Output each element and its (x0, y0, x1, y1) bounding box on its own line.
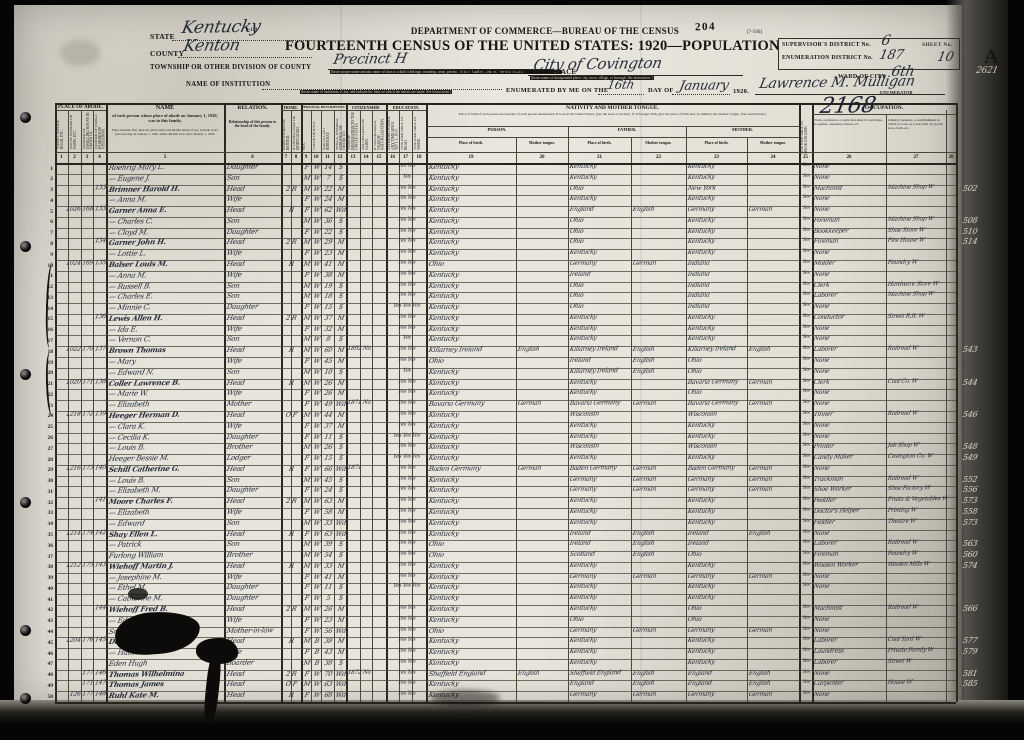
cell-mmt: German (748, 486, 800, 494)
cell-fpob: Kentucky (569, 518, 631, 526)
cell-ed: Yes Yes (387, 626, 426, 633)
cell-pob: Kentucky (428, 657, 516, 666)
cell-mpob: Ohio (687, 604, 747, 612)
cell-mmt: English (748, 529, 800, 537)
column-label-natzyr: IF NATURALIZED, YEAR OF NATURALIZATION. (374, 112, 385, 150)
cell-eng: Yes (799, 529, 813, 534)
cell-eng: Yes (799, 616, 813, 621)
cell-occ: None (813, 356, 887, 364)
cell-fpob: Ohio (569, 216, 631, 224)
cell-pob: Kentucky (428, 280, 516, 289)
cell-rel: Head (226, 529, 281, 538)
cell-ind: Railroad W (887, 475, 946, 482)
cell-occ: Laborer (813, 291, 887, 299)
cell-name: — Russell B. (108, 280, 224, 291)
department-line: DEPARTMENT OF COMMERCE—BUREAU OF THE CEN… (360, 26, 730, 36)
cell-mar: M (334, 508, 348, 516)
cell-ed: Yes Yes (387, 637, 426, 644)
cell-pob: Kentucky (428, 323, 516, 332)
cell-mar: M (334, 497, 348, 505)
ink-spot (128, 588, 148, 600)
cell-mar: S (334, 454, 348, 462)
cell-cit: 1871 (347, 464, 386, 471)
cell-fpob: Scotland (569, 550, 631, 558)
cell-mpob: Germany (687, 690, 747, 698)
cell-mar: S (334, 583, 348, 591)
cell-mpob: Kentucky (687, 313, 747, 321)
cell-name: — Cloyd M. (108, 226, 224, 237)
cell-mpob: Ohio (687, 388, 747, 396)
cell-mar: M (334, 562, 348, 570)
cell-eng: Yes (799, 465, 813, 470)
cell-rel: Daughter (226, 593, 281, 602)
cell-mmt: English (748, 669, 800, 677)
cell-mar: M (334, 314, 348, 322)
cell-mar: M (334, 389, 348, 397)
cell-mar: S (334, 368, 348, 376)
line-number: 28 (44, 457, 53, 463)
line-number: 49 (44, 683, 53, 689)
cell-mar: Wd (334, 626, 348, 634)
cell-fpob: Kentucky (569, 248, 631, 256)
cell-rel: Daughter (226, 485, 281, 494)
industry-desc: Industry, business, or establishment in … (888, 118, 944, 130)
cell-mmt: German (748, 378, 800, 386)
cell-name: — Edward (108, 517, 224, 528)
column-number: 25 (799, 155, 812, 160)
cell-ind: Private Family W (887, 647, 946, 654)
cell-mar: Wd (334, 680, 348, 688)
cell-name: — Josephine M. (108, 571, 224, 582)
margin-number: 558 (962, 506, 1008, 516)
margin-number: 579 (962, 646, 1008, 656)
cell-ed: Yes Yes (387, 518, 426, 525)
margin-number: 566 (962, 603, 1008, 613)
margin-number: 502 (962, 183, 1008, 193)
cell-occ: Foreman (813, 216, 887, 224)
cell-fpob: Ohio (569, 227, 631, 235)
cell-mpob: Ireland (687, 529, 747, 537)
scan-border-bottom (0, 700, 1024, 740)
group-place-of-abode: PLACE OF ABODE. (55, 105, 106, 110)
cell-rel: Wife (226, 507, 281, 516)
cell-eng: Yes (799, 680, 813, 685)
cell-occ: Laborer (813, 539, 887, 547)
cell-eng: Yes (799, 184, 813, 189)
line-number: 26 (44, 435, 53, 441)
cell-occ: None (813, 205, 887, 213)
place-value: City of Covington (532, 54, 664, 74)
cell-mar: M (334, 346, 348, 354)
cell-fpob: Kentucky (569, 378, 631, 386)
cell-rel: Wife (226, 356, 281, 365)
group-nativity: NATIVITY AND MOTHER TONGUE. (426, 105, 799, 111)
cell-mmt: English (748, 680, 800, 688)
column-label-mort: IF OWNED, FREE OR MORTGAGED. (293, 112, 300, 150)
cell-fpob: Wisconsin (569, 410, 631, 418)
cell-occ: None (813, 173, 887, 181)
cell-ed: Yes Yes (387, 324, 426, 331)
cell-fpob: Kentucky (569, 453, 631, 461)
cell-eng: Yes (799, 292, 813, 297)
cell-mpob: Bavaria Germany (687, 378, 747, 386)
column-label-eng: WHETHER ABLE TO SPEAK ENGLISH. (801, 116, 811, 154)
line-number: 6 (44, 219, 53, 225)
cell-mar: M (334, 616, 348, 624)
township-label: TOWNSHIP OR OTHER DIVISION OF COUNTY (150, 64, 311, 71)
cell-mpob: Kentucky (687, 248, 747, 256)
cell-mpob: Indiana (687, 291, 747, 299)
column-label-school: ATTENDED SCHOOL ANY TIME SINCE SEPT. 1, … (388, 112, 398, 150)
cell-mpob: England (687, 669, 747, 677)
column-label-street: STREET, AVENUE, ROAD, ETC. (57, 111, 67, 149)
margin-number: 514 (962, 237, 1008, 247)
cell-name: — Charles E. (108, 290, 224, 301)
cell-loc: 1020 171 138 (56, 378, 107, 386)
enumeration-label: ENUMERATION DISTRICT No. (782, 55, 873, 61)
margin-number: 552 (962, 474, 1008, 484)
cell-name: — Lottie L. (108, 247, 224, 258)
cell-fpob: Kentucky (569, 194, 631, 202)
smudge (60, 40, 100, 66)
cell-occ: None (813, 194, 887, 202)
cell-fpob: Kentucky (569, 496, 631, 504)
cell-eng: Yes (799, 346, 813, 351)
cell-pob: Kentucky (428, 388, 516, 397)
cell-occ: Machinist (813, 183, 887, 191)
cell-occ: None (813, 668, 887, 676)
punch-hole (20, 625, 31, 636)
column-number: 23 (686, 155, 747, 160)
cell-pob: Kentucky (428, 442, 516, 451)
cell-name: Moore Charles F. (108, 495, 224, 506)
cell-fmt: English (632, 669, 686, 677)
margin-number: 577 (962, 636, 1008, 646)
column-number: 19 (426, 155, 516, 160)
cell-eng: Yes (799, 508, 813, 513)
cell-home: 2 R (281, 497, 302, 505)
cell-fpob: Germany (569, 259, 631, 267)
cell-loc: 1214 174 142 (56, 529, 107, 537)
cell-ind: Railroad W (887, 604, 946, 611)
cell-pob: Kentucky (428, 366, 516, 375)
enumeration-value: 187 (878, 48, 905, 63)
group-relation: RELATION. (224, 105, 281, 111)
cell-fpob: Kentucky (569, 604, 631, 612)
cell-pob: Kentucky (428, 647, 516, 656)
cell-mmt: German (748, 464, 800, 472)
enumerated-label-2: DAY OF (648, 87, 674, 94)
cell-loc: 1216 173 140 (56, 464, 107, 472)
cell-fmt: German (632, 690, 686, 698)
column-label-natz: NATURALIZED OR ALIEN. (362, 112, 371, 150)
cell-occ: Tinner (813, 410, 887, 418)
cell-ed: Yes Yes (387, 389, 426, 396)
cell-ed: Yes Yes Yes (387, 302, 426, 309)
cell-occ: Laborer (813, 636, 887, 644)
scan-border-top (0, 0, 1024, 5)
column-number: 5 (106, 155, 224, 160)
cell-mpob: Germany (687, 205, 747, 213)
cell-rel: Daughter (226, 582, 281, 591)
margin-number: 585 (962, 679, 1008, 689)
cell-pob: Kentucky (428, 614, 516, 623)
cell-pob: Kentucky (428, 377, 516, 386)
cell-rel: Head (226, 184, 281, 193)
enumerated-label-1: ENUMERATED BY ME ON THE (506, 87, 608, 94)
line-number: 47 (44, 661, 53, 667)
margin-number: 573 (962, 517, 1008, 527)
cell-ed: Yes Yes (387, 378, 426, 385)
line-number: 33 (44, 510, 53, 516)
line-number: 8 (44, 241, 53, 247)
margin-number: 560 (962, 549, 1008, 559)
cell-rel: Wife (226, 388, 281, 397)
cell-ed: Yes Yes (387, 421, 426, 428)
cell-eng: Yes (799, 227, 813, 232)
cell-fpob: Ohio (569, 291, 631, 299)
column-label-read: WHETHER ABLE TO READ. (401, 112, 411, 150)
cell-occ: Molder (813, 259, 887, 267)
cell-mpob: Kentucky (687, 518, 747, 526)
cell-pob: Kentucky (428, 334, 516, 343)
cell-pob: Kentucky (428, 474, 516, 483)
cell-mpob: Wisconsin (687, 442, 747, 450)
cell-ed: Yes Yes (387, 313, 426, 320)
cell-pob: Bavaria Germany (428, 399, 516, 408)
cell-name: Coller Lawrence B. (108, 377, 224, 388)
punch-hole (20, 497, 31, 508)
cell-name: Schill Catherine G. (108, 463, 224, 474)
margin-number: 508 (962, 215, 1008, 225)
cell-pob: Kentucky (428, 431, 516, 440)
cell-rel: Mother (226, 399, 281, 408)
cell-rel: Son (226, 216, 281, 225)
cell-ed: Yes Yes (387, 572, 426, 579)
cell-rel: Head (226, 410, 281, 419)
cell-ed: Yes (387, 335, 426, 342)
cell-occ: None (813, 464, 887, 472)
cell-mpob: Indiana (687, 281, 747, 289)
cell-home: R (281, 637, 302, 645)
cell-rel: Head (226, 604, 281, 613)
cell-rel: Head (226, 378, 281, 387)
cell-name: — Edward N. (108, 366, 224, 377)
column-label-age: AGE AT LAST BIRTHDAY. (323, 112, 333, 150)
column-number: 6 (224, 155, 281, 160)
line-number: 2 (44, 176, 53, 182)
cell-pob: Kentucky (428, 571, 516, 580)
cell-eng: Yes (799, 626, 813, 631)
cell-mar: Wd (334, 519, 348, 527)
line-number: 42 (44, 607, 53, 613)
cell-eng: Yes (799, 206, 813, 211)
cell-fpob: England (569, 679, 631, 687)
name-desc: of each person whose place of abode on J… (110, 113, 220, 123)
cell-home: 2 R (281, 184, 302, 192)
cell-mmt: German (748, 690, 800, 698)
cell-eng: Yes (799, 411, 813, 416)
cell-name: — Louis B. (108, 441, 224, 452)
cell-mpob: New York (687, 184, 747, 192)
cell-fpob: Killarney Ireland (569, 345, 631, 353)
cell-ind: Railroad W (887, 539, 946, 546)
cell-ed: Yes Yes (387, 658, 426, 665)
cell-ed: Yes Yes (387, 550, 426, 557)
cell-mmt: German (748, 626, 800, 634)
cell-mar: S (334, 217, 348, 225)
column-number: 24 (747, 155, 799, 160)
line-number: 9 (44, 252, 53, 258)
cell-mar: S (334, 443, 348, 451)
cell-occ: None (813, 582, 887, 590)
cell-mar: M (334, 422, 348, 430)
cell-name: — Mary (108, 355, 224, 366)
cell-occ: Fireman (813, 237, 887, 245)
cell-name: Balser Louis M. (108, 258, 224, 269)
cell-occ: None (813, 528, 887, 536)
cell-ed: Yes Yes (387, 162, 426, 169)
cell-ed: Yes Yes (387, 486, 426, 493)
column-label-house: HOUSE NUMBER OR FARM, ETC. (70, 111, 80, 149)
cell-name: Wiehoff Martin J. (108, 560, 224, 571)
cell-rel: Daughter (226, 302, 281, 311)
sub-mother-tongue: Mother tongue. (747, 140, 799, 145)
cell-fpob: Kentucky (569, 507, 631, 515)
cell-fpob: Kentucky (569, 388, 631, 396)
cell-occ: Printer (813, 442, 887, 450)
cell-home: 2 R (281, 238, 302, 246)
bracket-code: [7-566] (747, 30, 762, 35)
line-number: 25 (44, 424, 53, 430)
cell-eng: Yes (799, 195, 813, 200)
cell-loc: 126 177 148 (56, 690, 107, 698)
cell-home: R (281, 346, 302, 354)
cell-mar: S (334, 486, 348, 494)
cell-eng: Yes (799, 303, 813, 308)
cell-ed: Yes Yes (387, 680, 426, 687)
cell-occ: None (813, 334, 887, 342)
cell-home: R (281, 260, 302, 268)
cell-occ: None (813, 162, 887, 170)
cell-mpob: Kentucky (687, 636, 747, 644)
cell-pob: Kentucky (428, 291, 516, 300)
cell-home: R (281, 378, 302, 386)
group-citizenship: CITIZENSHIP. (346, 105, 386, 110)
cell-loc: 1024 169 135 (56, 259, 107, 267)
cell-mar: S (334, 540, 348, 548)
cell-mar: M (334, 637, 348, 645)
column-number: 15 (372, 155, 386, 160)
cell-mar: M (334, 648, 348, 656)
cell-loc: 141 (56, 496, 107, 504)
line-number: 40 (44, 586, 53, 592)
margin-number: 573 (962, 495, 1008, 505)
cell-occ: None (813, 399, 887, 407)
cell-pob: Kentucky (428, 453, 516, 462)
cell-mpob: Kentucky (687, 227, 747, 235)
cell-mpob: Kentucky (687, 237, 747, 245)
line-number: 35 (44, 532, 53, 538)
cell-rel: Son (226, 518, 281, 527)
margin-number: 549 (962, 452, 1008, 462)
cell-fpob: Ohio (569, 184, 631, 192)
cell-mpob: Ohio (687, 367, 747, 375)
cell-rel: Daughter (226, 432, 281, 441)
cell-cit: 1871 Na (347, 399, 386, 406)
cell-fpob: Baden Germany (569, 464, 631, 472)
column-number: 11 (321, 155, 334, 160)
institution-note: [Insert name of institution, if any, and… (300, 90, 452, 94)
cell-fpob: Kentucky (569, 421, 631, 429)
cell-occ: Candy Maker (813, 453, 887, 461)
cell-ed: Yes Yes (387, 259, 426, 266)
cell-pob: Kentucky (428, 679, 516, 688)
cell-ind: Railroad W (887, 410, 946, 417)
cell-occ: Fireman (813, 550, 887, 558)
column-number: 16 (386, 155, 399, 160)
column-label-dwell: NUMBER OF DWELLING HOUSE IN ORDER OF VIS… (83, 111, 92, 149)
cell-eng: Yes (799, 486, 813, 491)
cell-mar: M (334, 184, 348, 192)
cell-ed: Yes Yes Yes (387, 432, 426, 439)
cell-fmt: German (632, 475, 686, 483)
cell-fpob: Kentucky (569, 647, 631, 655)
cell-mmt: German (748, 399, 800, 407)
enumerated-year: 1920. (733, 88, 749, 95)
cell-mar: Wd (334, 206, 348, 214)
cell-occ: None (813, 248, 887, 256)
cell-ed: Yes Yes (387, 497, 426, 504)
cell-fpob: Kentucky (569, 173, 631, 181)
punch-hole (20, 693, 31, 704)
cell-pob: Ohio (428, 356, 516, 365)
cell-mpob: Kentucky (687, 582, 747, 590)
cell-pmt: English (517, 345, 569, 353)
cell-occ: Laborer (813, 658, 887, 666)
cell-mar: M (334, 378, 348, 386)
cell-mar: S (334, 303, 348, 311)
column-number: 20 (516, 155, 568, 160)
cell-loc: 177 146 (56, 669, 107, 677)
column-number: 4 (93, 155, 106, 160)
cell-occ: None (813, 388, 887, 396)
cell-home: R (281, 529, 302, 537)
cell-mar: M (334, 357, 348, 365)
cell-mar: M (334, 572, 348, 580)
cell-loc: 1022 170 137 (56, 345, 107, 353)
cell-occ: Conductor (813, 313, 887, 321)
cell-eng: Yes (799, 238, 813, 243)
cell-fpob: Kentucky (569, 162, 631, 170)
margin-number: 546 (962, 409, 1008, 419)
cell-fpob: Germany (569, 690, 631, 698)
cell-name: — Marie W. (108, 387, 224, 398)
punch-hole (20, 241, 31, 252)
cell-eng: Yes (799, 400, 813, 405)
column-number: 28 (946, 155, 956, 160)
column-number: 12 (334, 155, 346, 160)
cell-ed: Yes Yes (387, 270, 426, 277)
cell-mpob: Kentucky (687, 647, 747, 655)
cell-pob: Kentucky (428, 183, 516, 192)
cell-rel: Wife (226, 324, 281, 333)
cell-ind: Fire House W (887, 237, 946, 244)
cell-ind: House W (887, 679, 946, 686)
cell-rel: Head (226, 345, 281, 354)
cell-pmt: English (517, 669, 569, 677)
cell-ind: Fruits & Vegetables W (887, 496, 946, 503)
